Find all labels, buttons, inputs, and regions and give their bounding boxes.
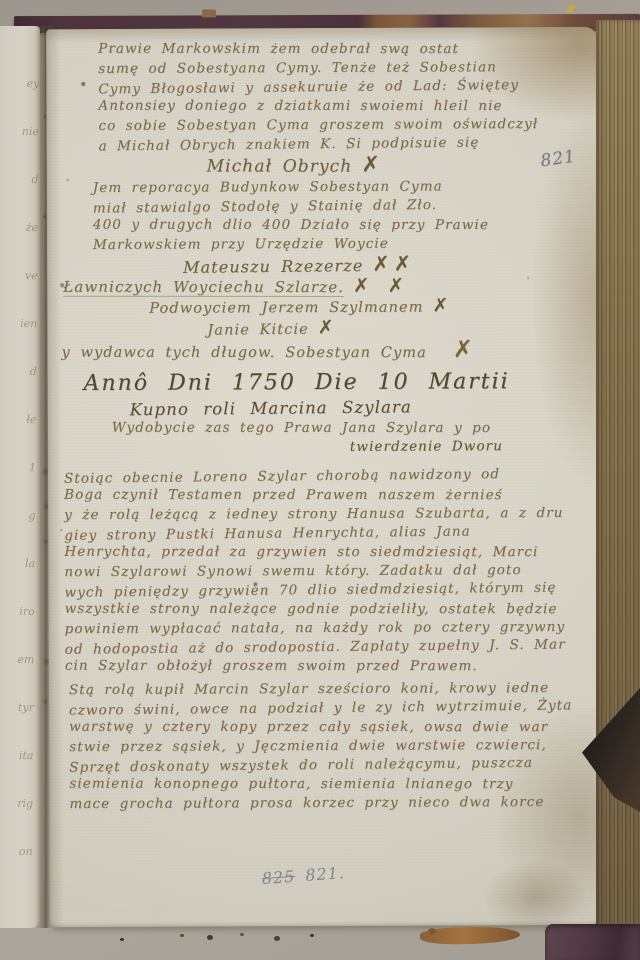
manuscript-line: 400 y drugych dlio 400 Działo się przy P… — [93, 216, 591, 235]
manuscript-text: Prawie Markowskim żem odebrał swą ostats… — [56, 39, 593, 814]
facing-page-fragment: łe — [2, 396, 36, 444]
signature-cross-mark: ✗ — [318, 317, 338, 338]
ink-specks — [46, 29, 48, 31]
facing-page-fragment: on — [0, 828, 33, 876]
manuscript-line: wszystkie strony należące godnie podziel… — [65, 600, 593, 619]
facing-page-fragment: iro — [1, 588, 35, 636]
manuscript-line: warstwę y cztery kopy przez cały sąsiek,… — [69, 718, 593, 737]
manuscript-line: Prawie Markowskim żem odebrał swą ostat — [98, 40, 590, 59]
cover-leather-tab — [202, 9, 216, 17]
facing-page-fragment: rig — [0, 780, 33, 828]
manuscript-line: y wydawca tych długow. Sobestyan Cyma✗ — [61, 339, 591, 363]
page-number-pencil-bottom: 825821. — [261, 863, 345, 888]
signature-cross-mark: ✗ — [361, 152, 384, 178]
new-page-number: 821. — [305, 863, 346, 885]
facing-page-fragment: g — [1, 492, 35, 540]
manuscript-line: Boga czynił Testamen przed Prawem naszem… — [64, 486, 592, 505]
manuscript-line: Janie Kitcie✗ — [207, 316, 591, 341]
manuscript-line: Podwoyciem Jerzem Szylmanem✗ — [149, 296, 591, 319]
book-cover-bottom-corner — [545, 924, 640, 960]
signature-cross-mark: ✗ — [453, 335, 477, 363]
manuscript-line: cin Szylar obłożył groszem swoim przed P… — [65, 657, 593, 676]
gutter-stains — [44, 0, 47, 3]
photograph-of-manuscript: eyniedżeveiendłe1glairoemtyritarigon Pra… — [0, 0, 640, 960]
signature-cross-mark: ✗✗ — [372, 251, 415, 275]
manuscript-line: Michał Obrych✗ — [207, 154, 591, 178]
manuscript-line: twierdzenie Dworu — [350, 437, 592, 457]
facing-page-fragment: ey — [5, 60, 39, 108]
manuscript-line: Kupno roli Marcina Szylara — [130, 394, 592, 421]
facing-page-fragment: d — [4, 156, 38, 204]
old-page-number: 825 — [261, 867, 296, 888]
bottom-debris — [180, 934, 184, 937]
debris-fleck — [566, 3, 575, 14]
book-fore-edge — [596, 20, 640, 960]
facing-page-fragment: 1 — [2, 444, 36, 492]
manuscript-line: Ławniczych Woyciechu Szlarze.✗ ✗ — [63, 276, 591, 297]
facing-page-fragment: la — [1, 540, 35, 588]
manuscript-page: Prawie Markowskim żem odebrał swą ostats… — [46, 27, 602, 927]
leather-fragment — [420, 925, 521, 945]
manuscript-line: mace grocha pułtora prosa korzec przy ni… — [69, 793, 593, 814]
manuscript-line: siemienia konopnego pułtora, siemienia l… — [69, 775, 593, 794]
facing-page-fragment: ve — [3, 252, 37, 300]
manuscript-line: Annô Dni 1750 Die 10 Martii — [84, 368, 592, 398]
manuscript-line: Henrychta, przedał za grzywien sto siedm… — [64, 543, 592, 562]
facing-page-text-fragments: eyniedżeveiendłe1glairoemtyritarigon — [0, 60, 40, 876]
facing-page-fragment: ita — [0, 732, 34, 780]
signature-cross-mark: ✗ ✗ — [353, 274, 408, 297]
manuscript-line: Antonsiey doniego z dziatkami swoiemi hl… — [98, 97, 590, 116]
facing-page-fragment: tyr — [0, 684, 34, 732]
facing-page-fragment: ien — [3, 300, 37, 348]
facing-page-fragment: że — [4, 204, 38, 252]
facing-page-fragment: em — [0, 636, 34, 684]
facing-page-fragment: d — [3, 348, 37, 396]
manuscript-line: Wydobycie zas tego Prawa Jana Szylara y … — [112, 419, 592, 438]
facing-page-edge: eyniedżeveiendłe1glairoemtyritarigon — [0, 26, 40, 928]
facing-page-fragment: nie — [5, 108, 39, 156]
signature-cross-mark: ✗ — [432, 295, 452, 316]
